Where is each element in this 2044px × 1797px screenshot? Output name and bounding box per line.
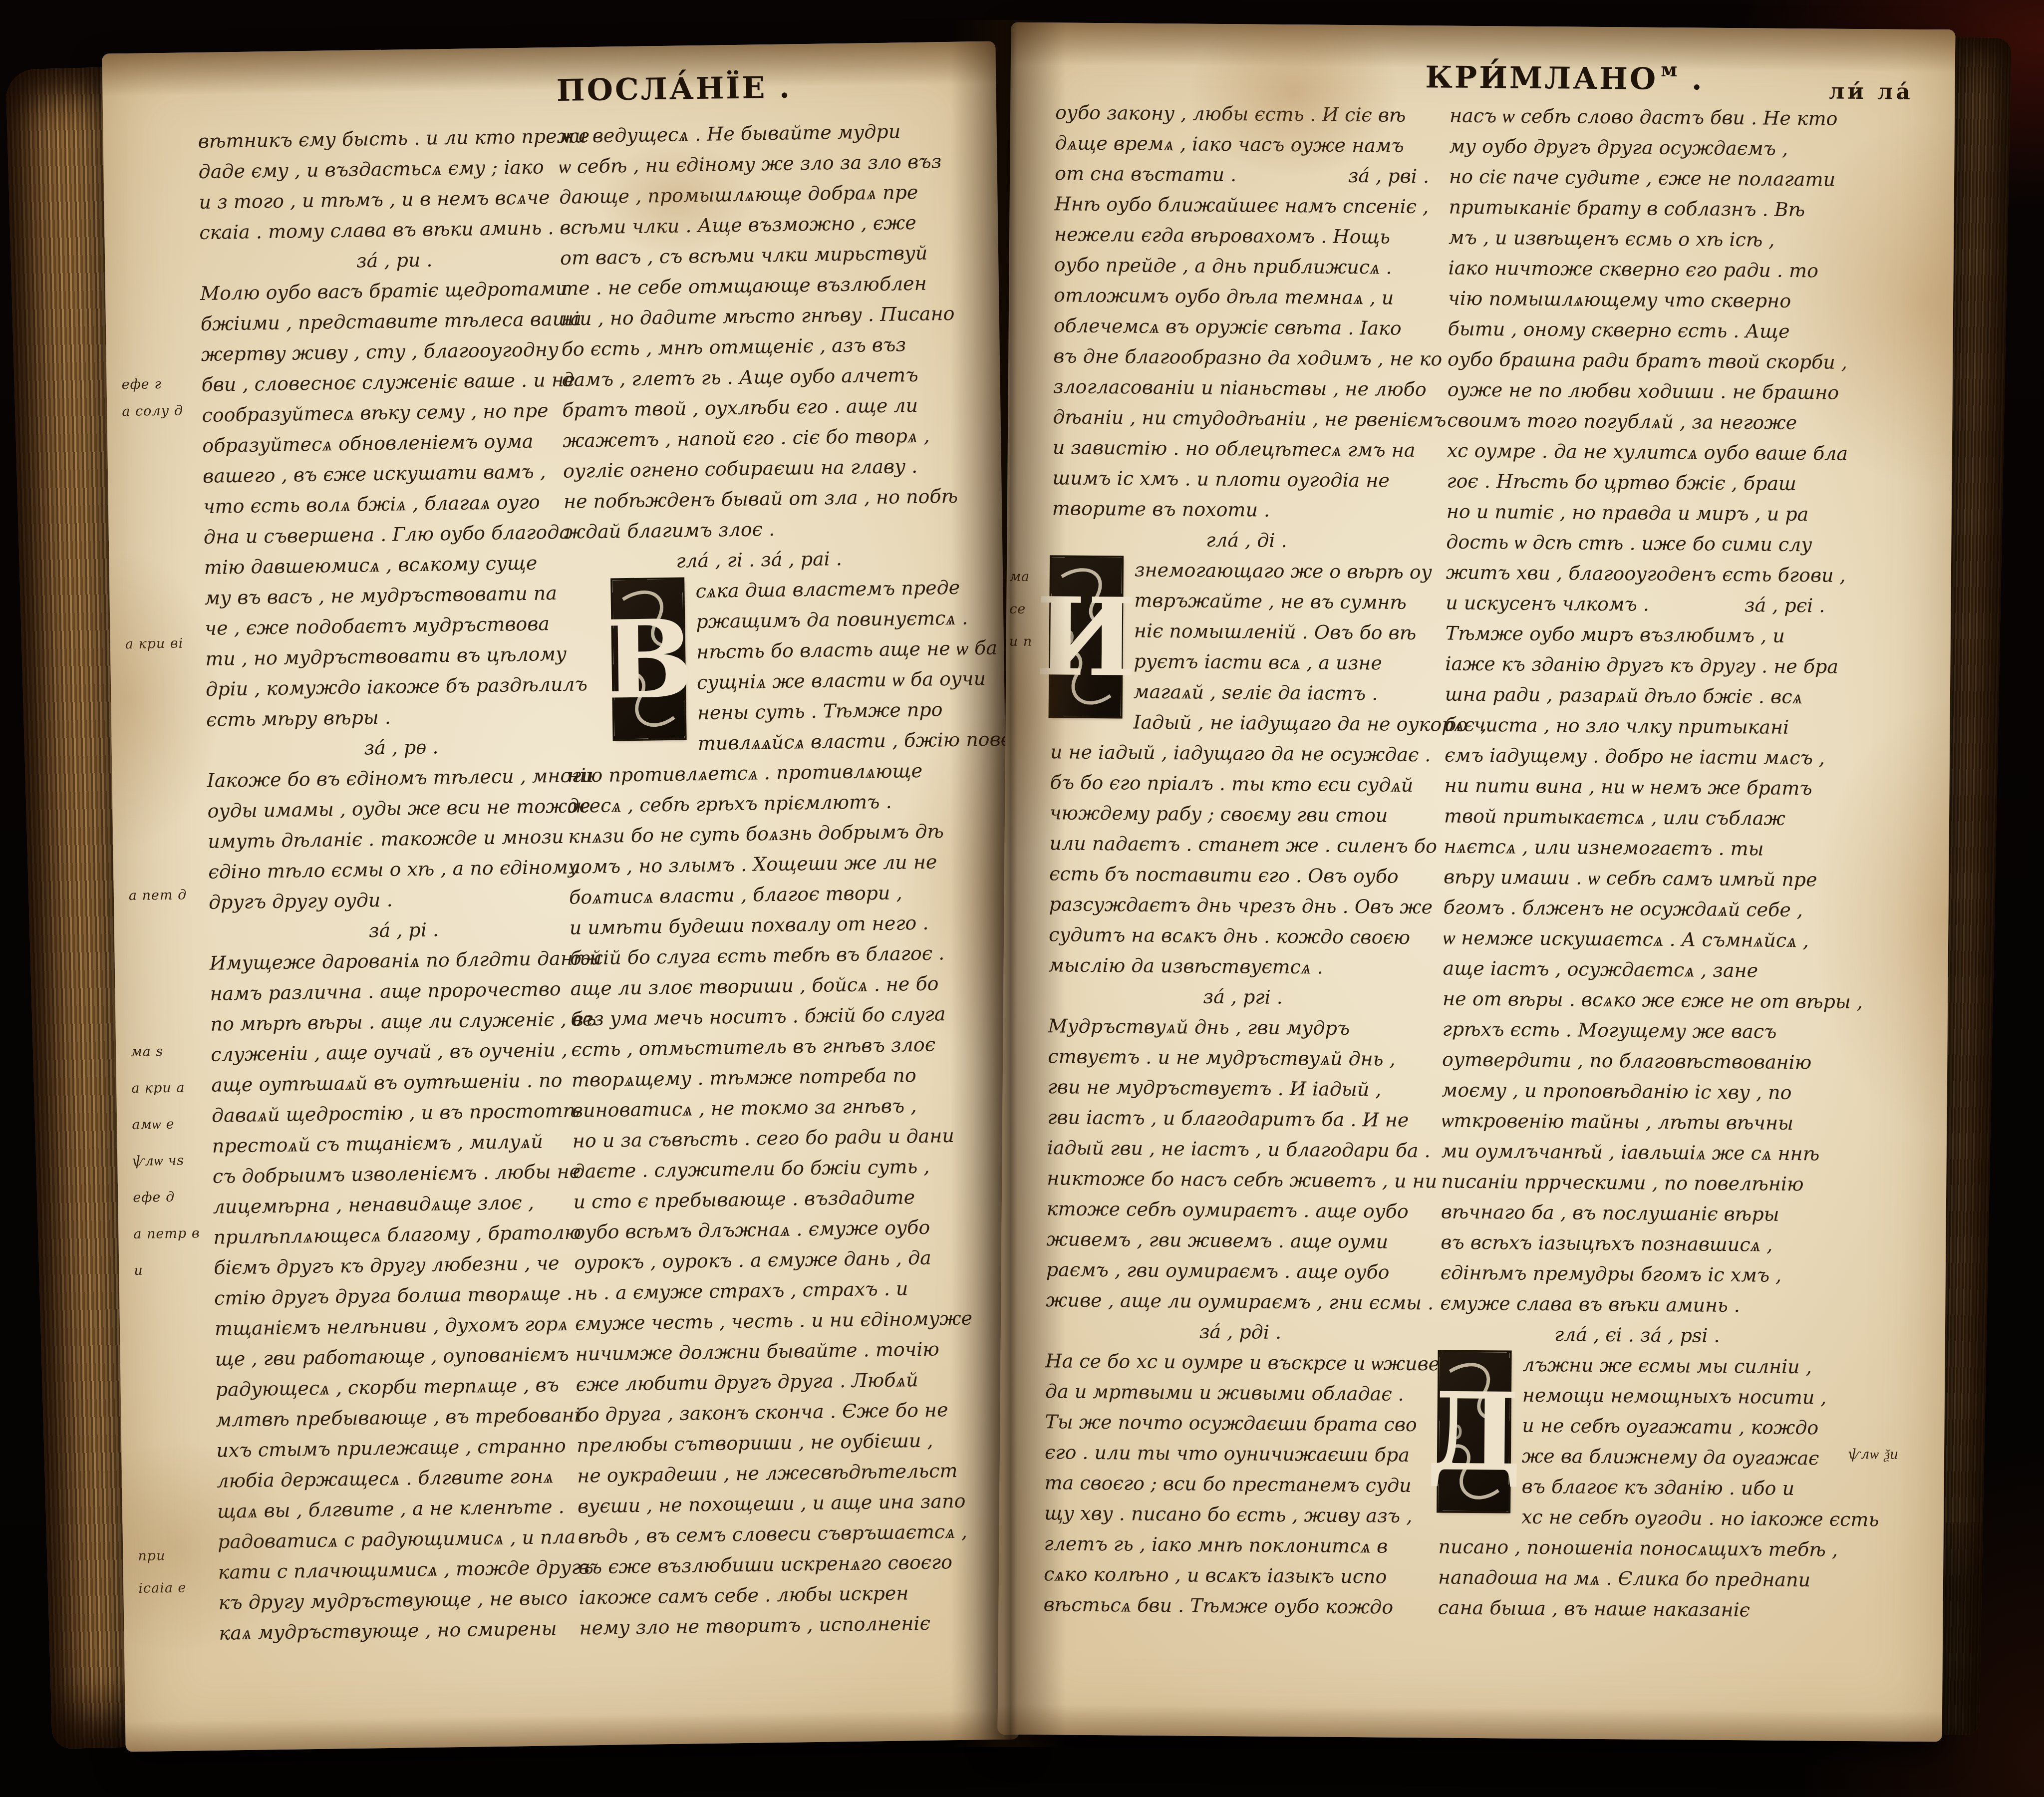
text-line: въ всѣхъ іазыцѣхъ познавшисѧ ,	[1441, 1227, 1835, 1260]
margin-note: а солу д	[122, 403, 183, 419]
text-line: творѧщему . тѣмже потреба по	[572, 1060, 961, 1096]
text-line: ломъ , но злымъ . Хощеши же ли не	[569, 847, 958, 883]
text-line: скаіа . тому слава въ вѣки аминь .	[199, 212, 589, 248]
text-line: живе , аще ли оумираємъ , гни єсмы .	[1046, 1285, 1435, 1318]
text-line: за́ , рі .	[209, 912, 599, 948]
text-line: но и за съвѣсть . сего бо ради и дани	[572, 1121, 962, 1157]
text-line: вѣру имаши . ѡ себѣ самъ имѣй пре	[1444, 862, 1838, 895]
section-number: за́ , рєі .	[1745, 590, 1825, 621]
ornate-initial-В: В	[612, 580, 684, 739]
text-line: вашего , въ єже искушати вамъ ,	[203, 456, 592, 492]
text-line: оубо брашна ради братъ твой скорби ,	[1448, 344, 1842, 378]
text-line: біємъ другъ къ другу любезни , че	[214, 1247, 603, 1283]
text-line: аще іастъ , осуждаєтсѧ , зане	[1443, 953, 1837, 986]
right-margin-notes: ѱлѡ ѯи	[1846, 29, 1945, 1742]
text-line: своимъ того погублѧй , за негоже	[1447, 405, 1841, 439]
text-line: за́ , рді .	[1046, 1315, 1435, 1349]
text-line: іадый гви , не іастъ , и благодари ба .	[1047, 1133, 1437, 1166]
text-line-left: и искусенъ члкомъ .	[1446, 588, 1649, 619]
text-line: служеніи , аще оучай , въ оученіи ,	[211, 1034, 600, 1070]
text-line: и не іадый , іадущаго да не осуждає .	[1050, 737, 1440, 770]
text-line: аще ли злоє твориши , бойсѧ . не бо	[570, 968, 960, 1004]
text-column-right-1: оубо закону , любы єсть . И сіє вѣдѧще в…	[1043, 97, 1445, 1623]
text-line: моєму , и проповѣданію іс хву , по	[1442, 1075, 1836, 1108]
initial-paragraph: Всѧка дша властемъ предержащимъ да повин…	[565, 573, 956, 730]
text-line: и имѣти будеши похвалу от него .	[569, 907, 959, 943]
text-line: дамъ , глетъ гь . Аще оубо алчетъ	[562, 359, 951, 395]
text-line: виноватисѧ , не токмо за гнѣвъ ,	[572, 1090, 962, 1126]
text-line: На се бо хс и оумре и въскрсе и ѡживе ,	[1045, 1346, 1435, 1379]
margin-note: а кри ві	[125, 636, 184, 652]
right-page: КРИ́МЛАНОм . ли́ ла́ масеи п ѱлѡ ѯи оубо…	[998, 22, 1956, 1742]
text-line: нію противлѧетсѧ . противлѧюще	[567, 755, 957, 791]
text-line: Молю оубо васъ братіє щедротами	[200, 273, 590, 309]
margin-note: а петр в	[133, 1225, 200, 1242]
running-head-text: КРИ́МЛАНО	[1425, 60, 1658, 97]
running-head-dot: .	[1679, 62, 1704, 97]
text-line: оубо всѣмъ длъжнаѧ . ємуже оубо	[574, 1212, 963, 1248]
text-line: щу хву . писано бо єсть , живу азъ ,	[1044, 1498, 1434, 1531]
margin-note: и п	[1009, 634, 1033, 649]
text-line: єсть бъ поставити єго . Овъ оубо	[1049, 859, 1439, 892]
running-head-superscript: м	[1661, 58, 1679, 81]
text-line: от сна въстати .за́ , рві .	[1055, 158, 1444, 192]
text-line: Ннѣ оубо ближайшеє намъ спсеніє ,	[1054, 189, 1444, 222]
text-line: іако ничтоже скверно єго ради . то	[1448, 253, 1842, 287]
text-line: отложимъ оубо дѣла темнаѧ , и	[1054, 280, 1443, 313]
text-line: писаніи пррческими , по повелѣнію	[1441, 1166, 1835, 1199]
text-line: ти , но мудръствовати въ цѣлому	[205, 638, 595, 674]
text-column-left-1: вѣтникъ єму бысть . и ли кто прежедаде є…	[198, 121, 608, 1649]
initial-paragraph: Изнемогающаго же о вѣрѣ оутвръжайте , не…	[1051, 554, 1441, 709]
text-line: єсть , отмьститель въ гнѣвъ злоє	[571, 1029, 961, 1065]
text-line: творите въ похоти .	[1052, 493, 1442, 527]
text-line: къ другу мудръствующе , не высо	[218, 1582, 608, 1618]
text-line: єдіно тѣло єсмы о хѣ , а по єдіному	[208, 852, 598, 888]
text-line: бжій бо слуга єсть тебѣ въ благоє .	[570, 938, 959, 974]
text-line: млтвѣ пребывающе , въ требовані	[216, 1400, 605, 1436]
text-line: дѣаніи , ни студодѣаніи , не рвеніємъ	[1053, 402, 1442, 435]
text-line: іаже къ зданію другъ къ другу . не бра	[1445, 648, 1839, 682]
text-line: и искусенъ члкомъ .за́ , рєі .	[1446, 588, 1840, 621]
text-line: ствуєтъ . и не мудръствуѧй днь ,	[1048, 1041, 1437, 1075]
text-line: мъ , и извѣщенъ єсмь о хѣ ісѣ ,	[1449, 223, 1843, 256]
text-line: да и мртвыми и живыми обладає .	[1045, 1376, 1435, 1410]
text-line: образуйтесѧ обновленіемъ оума	[202, 425, 592, 461]
text-line: Мудръствуѧй днь , гви мудръ	[1048, 1011, 1437, 1044]
margin-note: ма	[1010, 569, 1030, 585]
text-line: нападоша на мѧ . Єлика бо преднапи	[1438, 1562, 1832, 1595]
text-line: любіа держащесѧ . блгвите гонѧ	[217, 1461, 606, 1497]
text-line: не от вѣры . всѧко же єже не от вѣры ,	[1443, 983, 1837, 1017]
text-line: жажетъ , напой єго . сіє бо творѧ ,	[563, 420, 952, 456]
text-line: ждай благимъ злоє .	[564, 512, 953, 548]
text-line: ничимже должни бывайте . точію	[575, 1334, 965, 1370]
text-line: оутвердити , по благовѣствованію	[1442, 1044, 1836, 1078]
text-line: глетъ гь , іако мнѣ поклонитсѧ в	[1044, 1528, 1433, 1562]
text-line: Ты же почто осуждаєши брата сво	[1045, 1407, 1434, 1440]
text-line: насъ ѡ себѣ слово дастъ бви . Не кто	[1450, 101, 1844, 134]
margin-note: ма ѕ	[131, 1044, 163, 1060]
text-line: оубо закону , любы єсть . И сіє вѣ	[1055, 97, 1445, 131]
text-line: тщаніємъ нелѣниви , духомъ горѧ	[215, 1308, 604, 1344]
text-line: гоє . Нѣсть бо цртво бжіє , браш	[1447, 466, 1841, 500]
text-line: єго . или ты что оуничижаєши бра	[1045, 1437, 1434, 1471]
text-line: чюждему рабу ; своєму гви стои	[1050, 798, 1439, 831]
text-line: шимъ іс хмъ . и плоти оугодіа не	[1052, 463, 1442, 496]
initial-letter: В	[602, 605, 695, 714]
text-line: оубо прейде , а днь приближисѧ .	[1054, 250, 1443, 283]
text-line: дающе , промышлѧюще добраѧ пре	[559, 177, 949, 213]
text-line: гла́ , єі . за́ , рѕі .	[1440, 1318, 1834, 1352]
text-line: те . не себе отмщающе възлюблен	[561, 268, 950, 304]
text-line: ємуже честь , честь . и ни єдіномуже	[575, 1303, 965, 1339]
text-line: имуть дѣланіє . такожде и мнози	[208, 821, 597, 857]
text-line: дѧще времѧ , іако часъ оуже намъ	[1055, 128, 1444, 161]
text-line: Тѣмже оубо миръ възлюбимъ , и	[1446, 618, 1840, 651]
text-line: оуды имамы , оуды же вси не тожде	[207, 791, 597, 827]
text-line: дна и съвершена . Глю оубо благода	[203, 517, 593, 553]
text-line: но сіє паче судите , єже не полагати	[1449, 162, 1843, 195]
margin-note: а пет д	[129, 887, 187, 903]
text-line: вѣдь , въ семъ словеси съвръшаєтсѧ ,	[578, 1516, 967, 1552]
text-line: радоватисѧ с радующимисѧ , и пла	[218, 1521, 607, 1557]
margin-note: ефе д	[133, 1190, 175, 1205]
text-line: престоѧй съ тщаніємъ , милуѧй	[212, 1126, 601, 1162]
text-line: Имущеже дарованіѧ по блгдти данѣй	[209, 943, 599, 979]
text-line: жертву живу , сту , благооугодну	[201, 334, 590, 370]
initial-paragraph: Длъжни же єсмы мы силніи ,немощи немощны…	[1439, 1349, 1834, 1474]
text-line: оурокъ , оурокъ . а ємуже дань , да	[574, 1242, 964, 1278]
text-line: за́ , ргі .	[1048, 980, 1438, 1014]
text-line: радующесѧ , скорби терпѧще , въ	[215, 1369, 605, 1405]
text-line: раємъ , гви оумираємъ . аще оубо	[1046, 1254, 1436, 1288]
text-line: судитъ на всѧкъ днь . кождо своєю	[1049, 919, 1438, 953]
text-line: за́ , ри .	[200, 243, 589, 279]
text-line: или падаєтъ . станет же . силенъ бо	[1049, 828, 1439, 862]
text-line: даде єму , и въздастьсѧ єму ; іако	[198, 151, 588, 187]
text-line: злогласованіи и піаньствы , не любо	[1053, 371, 1443, 405]
text-line: му въ васъ , не мудръствовати па	[204, 578, 594, 613]
text-line: никтоже бо насъ себѣ живетъ , и ни	[1047, 1163, 1436, 1197]
text-line: но и питіє , но правда и миръ , и ра	[1447, 497, 1841, 530]
text-line: всѣми члки . Аще възможно , єже	[560, 207, 949, 243]
margin-note: и	[134, 1263, 143, 1278]
running-head-left: ПОСЛА́НЇЕ .	[512, 69, 837, 109]
margin-note: при	[138, 1548, 165, 1564]
text-line: облечемсѧ въ оружіє свѣта . Іако	[1053, 310, 1443, 344]
text-line: ми ведущесѧ . Не бывайте мудри	[558, 116, 948, 152]
text-line: и завистію . но облецѣтесѧ гмъ на	[1053, 432, 1442, 466]
text-line: єже любити другъ друга . Любѧй	[576, 1364, 965, 1400]
text-line: хс оумре . да не хулитсѧ оубо ваше бла	[1447, 436, 1841, 469]
text-line: гла́ , гі . за́ , раі .	[564, 542, 954, 578]
text-line: мыслію да извѣствуєтсѧ .	[1048, 950, 1438, 983]
text-line: ихъ стымъ прилежаще , странно	[216, 1430, 606, 1466]
text-line: твой притыкаєтсѧ , или съблаж	[1444, 801, 1838, 834]
text-line: прилѣплѧющесѧ благому , братолю	[213, 1217, 603, 1253]
text-line: Іакоже бо въ єдіномъ тѣлеси , многи	[207, 760, 596, 796]
text-line: без ума мечь носитъ . бжій бо слуга	[571, 999, 960, 1035]
text-line: даваѧй щедростію , и въ простотѣ	[212, 1095, 601, 1131]
text-line: за́ , рѳ .	[206, 730, 596, 766]
text-line: гла́ , ді .	[1052, 524, 1441, 557]
text-line: вѣчнаго ба , въ послушаніє вѣры	[1441, 1197, 1835, 1230]
text-line: ѡ немже искушаєтсѧ . А съмнѧйсѧ ,	[1443, 922, 1837, 956]
left-page: ПОСЛА́НЇЕ . ефе га солу да кри віа пет д…	[102, 41, 1019, 1752]
text-line: бжіими , представите тѣлеса ваша	[200, 303, 590, 339]
text-line: вуєши , не похощеши , и аще ина запо	[578, 1486, 967, 1522]
text-line: бо єсть , мнѣ отмщеніє , азъ въз	[561, 329, 951, 365]
margin-note: ефе г	[121, 376, 162, 392]
text-line: въ дне благообразно да ходимъ , не ко	[1053, 341, 1443, 374]
text-line: съ добрыимъ изволеніємъ . любы не	[212, 1156, 602, 1192]
text-line: му оубо другъ друга осуждаємъ ,	[1449, 131, 1843, 165]
text-line: кнѧзи бо не суть боѧзнь добрымъ дѣ	[568, 816, 958, 852]
margin-note: ісаіа е	[138, 1580, 187, 1596]
text-line: бо друга , законъ сконча . Єже бо не	[576, 1395, 966, 1431]
text-line: и сто є пребывающе . въздадите	[573, 1182, 963, 1217]
text-line: ємуже слава въ вѣки аминь .	[1440, 1288, 1834, 1321]
initial-letter: И	[1035, 583, 1137, 691]
text-line: прелюбы сътвориши , не оубієши ,	[577, 1425, 966, 1461]
photo-backdrop: ПОСЛА́НЇЕ . ефе га солу да кри віа пет д…	[0, 0, 2044, 1797]
text-line: че , єже подобаєтъ мудръствова	[205, 608, 594, 644]
text-line: гви іастъ , и благодаритъ ба . И не	[1047, 1102, 1437, 1136]
text-line: щаѧ вы , блгвите , а не кленѣте .	[217, 1491, 607, 1527]
text-line: ємъ іадущему . добро не іасти мѧсъ ,	[1445, 740, 1839, 773]
text-line: бо чиста , но зло члку притыкані	[1445, 709, 1839, 743]
text-line: намъ различна . аще пророчество	[210, 973, 599, 1009]
text-line: ѡткровенію тайны , лѣты вѣчны	[1442, 1105, 1836, 1139]
text-line: братъ твой , оухлѣби єго . аще ли	[562, 390, 952, 426]
text-line: кати с плачющимисѧ , тожде другъ	[218, 1552, 607, 1588]
text-line: что єсть волѧ бжіѧ , благаѧ оуго	[203, 486, 593, 522]
text-line: ктоже себѣ оумираєтъ . аще оубо	[1047, 1194, 1436, 1227]
text-line: вѣтникъ єму бысть . и ли кто преже	[198, 121, 587, 157]
margin-note: амѡ е	[132, 1117, 175, 1133]
text-line: нежели єгда вѣровахомъ . Нощь	[1054, 219, 1444, 253]
text-line: ни пити вина , ни ѡ немъ же братъ	[1444, 770, 1838, 804]
text-line: писано , поношеніа поносѧщихъ тебѣ ,	[1438, 1531, 1832, 1565]
text-line: жесѧ , себѣ грѣхъ пріємлютъ .	[568, 786, 957, 822]
text-line: стію другъ друга болша творѧще .	[214, 1278, 604, 1314]
text-line: не побѣжденъ бывай от зла , но побѣ	[564, 481, 953, 517]
section-number: за́ , рві .	[1348, 161, 1429, 192]
text-line: іакоже самъ себе . любы искрен	[579, 1577, 968, 1613]
text-line: разсуждаєтъ днь чрезъ днь . Овъ же	[1049, 889, 1438, 922]
text-line: и з того , и тѣмъ , и в немъ всѧче	[199, 182, 588, 218]
text-line: другъ другу оуди .	[209, 882, 598, 918]
margin-note: а кри а	[131, 1080, 185, 1096]
text-line: нь . а ємуже страхъ , страхъ . и	[575, 1273, 964, 1309]
text-line: та своєго ; вси бо престанемъ суди	[1044, 1468, 1434, 1501]
text-line: бъ бо єго пріалъ . ты кто єси судѧй	[1050, 767, 1439, 801]
text-line: лицемѣрна , ненавидѧще злоє ,	[213, 1187, 602, 1222]
text-line: нѧєтсѧ , или изнемогаєтъ . ты	[1444, 831, 1838, 865]
text-line: ще , гви работающе , оупованіємъ	[215, 1339, 604, 1375]
text-line: сообразуйтесѧ вѣку сему , но пре	[202, 395, 591, 431]
text-line: тію давшеюмисѧ , всѧкому суще	[204, 547, 593, 583]
ornate-initial-И: И	[1051, 557, 1122, 716]
text-line: живемъ , гви живемъ . аще оуми	[1046, 1224, 1436, 1257]
margin-note: ѱлѡ чѕ	[132, 1153, 184, 1169]
text-line: бгомъ . блженъ не осуждаѧй себе ,	[1443, 892, 1837, 925]
text-line: оугліє огнено собираєши на главу .	[563, 451, 953, 487]
text-line: быти , оному скверно єсть . Аще	[1448, 314, 1842, 347]
text-line: ми оумлъчанѣй , іавльшіѧ же сѧ ннѣ	[1442, 1136, 1836, 1169]
text-line: вѣстьсѧ бви . Тѣмже оубо кождо	[1043, 1589, 1433, 1623]
text-line: ѡ себѣ , ни єдіному же зло за зло въз	[559, 146, 948, 182]
text-line: въ єже възлюбиши искренѧго своєго	[578, 1547, 968, 1583]
text-line-left: от сна въстати .	[1055, 158, 1237, 190]
text-line: притыканіє брату в соблазнъ . Вѣ	[1449, 192, 1843, 226]
text-column-left-2: ми ведущесѧ . Не бывайте мудриѡ себѣ , н…	[558, 116, 969, 1644]
text-line: дость ѡ дсѣ стѣ . иже бо сими слу	[1446, 527, 1840, 561]
text-line: от васъ , съ всѣми члки мирьствуй	[560, 238, 950, 274]
text-line: єсть мѣру вѣры .	[206, 699, 596, 735]
margin-note: се	[1009, 601, 1026, 617]
text-line: єдінѣмъ премудры бгомъ іс хмъ ,	[1441, 1257, 1835, 1291]
text-line: чію помышлѧющему что скверно	[1448, 284, 1842, 317]
text-line: грѣхъ єсть . Могущему же васъ	[1442, 1014, 1836, 1047]
text-line: боѧтисѧ власти , благоє твори ,	[569, 877, 959, 913]
running-head-right: КРИ́МЛАНОм .	[1390, 56, 1740, 97]
text-line: сѧко колѣно , и всѧкъ іазыкъ испо	[1044, 1559, 1433, 1592]
text-line: ніи , но дадите мѣсто гнѣву . Писано	[561, 299, 950, 334]
text-column-right-2: насъ ѡ себѣ слово дастъ бви . Не ктому о…	[1438, 101, 1844, 1626]
text-line: даєте . служители бо бжіи суть ,	[573, 1151, 962, 1187]
initial-letter: Д	[1426, 1378, 1522, 1486]
text-line: житъ хви , благооугоденъ єсть бгови ,	[1446, 558, 1840, 591]
text-line: каѧ мудръствующе , но смирены	[219, 1613, 608, 1649]
text-line: оуже не по любви ходиши . не брашно	[1448, 375, 1842, 408]
text-line: шна ради , разарѧй дѣло бжіє . всѧ	[1445, 679, 1839, 712]
text-line: аще оутѣшаѧй въ оутѣшеніи . по	[211, 1065, 601, 1101]
text-line: бви , словесноє служеніє ваше . и не	[201, 364, 591, 400]
text-line: по мѣрѣ вѣры . аще ли служеніє , въ	[210, 1004, 600, 1040]
text-line: гви не мудръствуєтъ . И іадый ,	[1048, 1072, 1437, 1105]
text-line: дріи , комуждо іакоже бъ раздѣлилъ	[206, 669, 595, 705]
ornate-initial-Д: Д	[1439, 1352, 1509, 1511]
text-line: нему зло не творитъ , исполненіє	[579, 1608, 969, 1644]
margin-note: ѱлѡ ѯи	[1848, 1447, 1899, 1463]
text-line: сана быша , въ наше наказаніє	[1438, 1592, 1832, 1626]
text-line: не оукрадеши , не лжесвѣдѣтельст	[577, 1456, 967, 1492]
